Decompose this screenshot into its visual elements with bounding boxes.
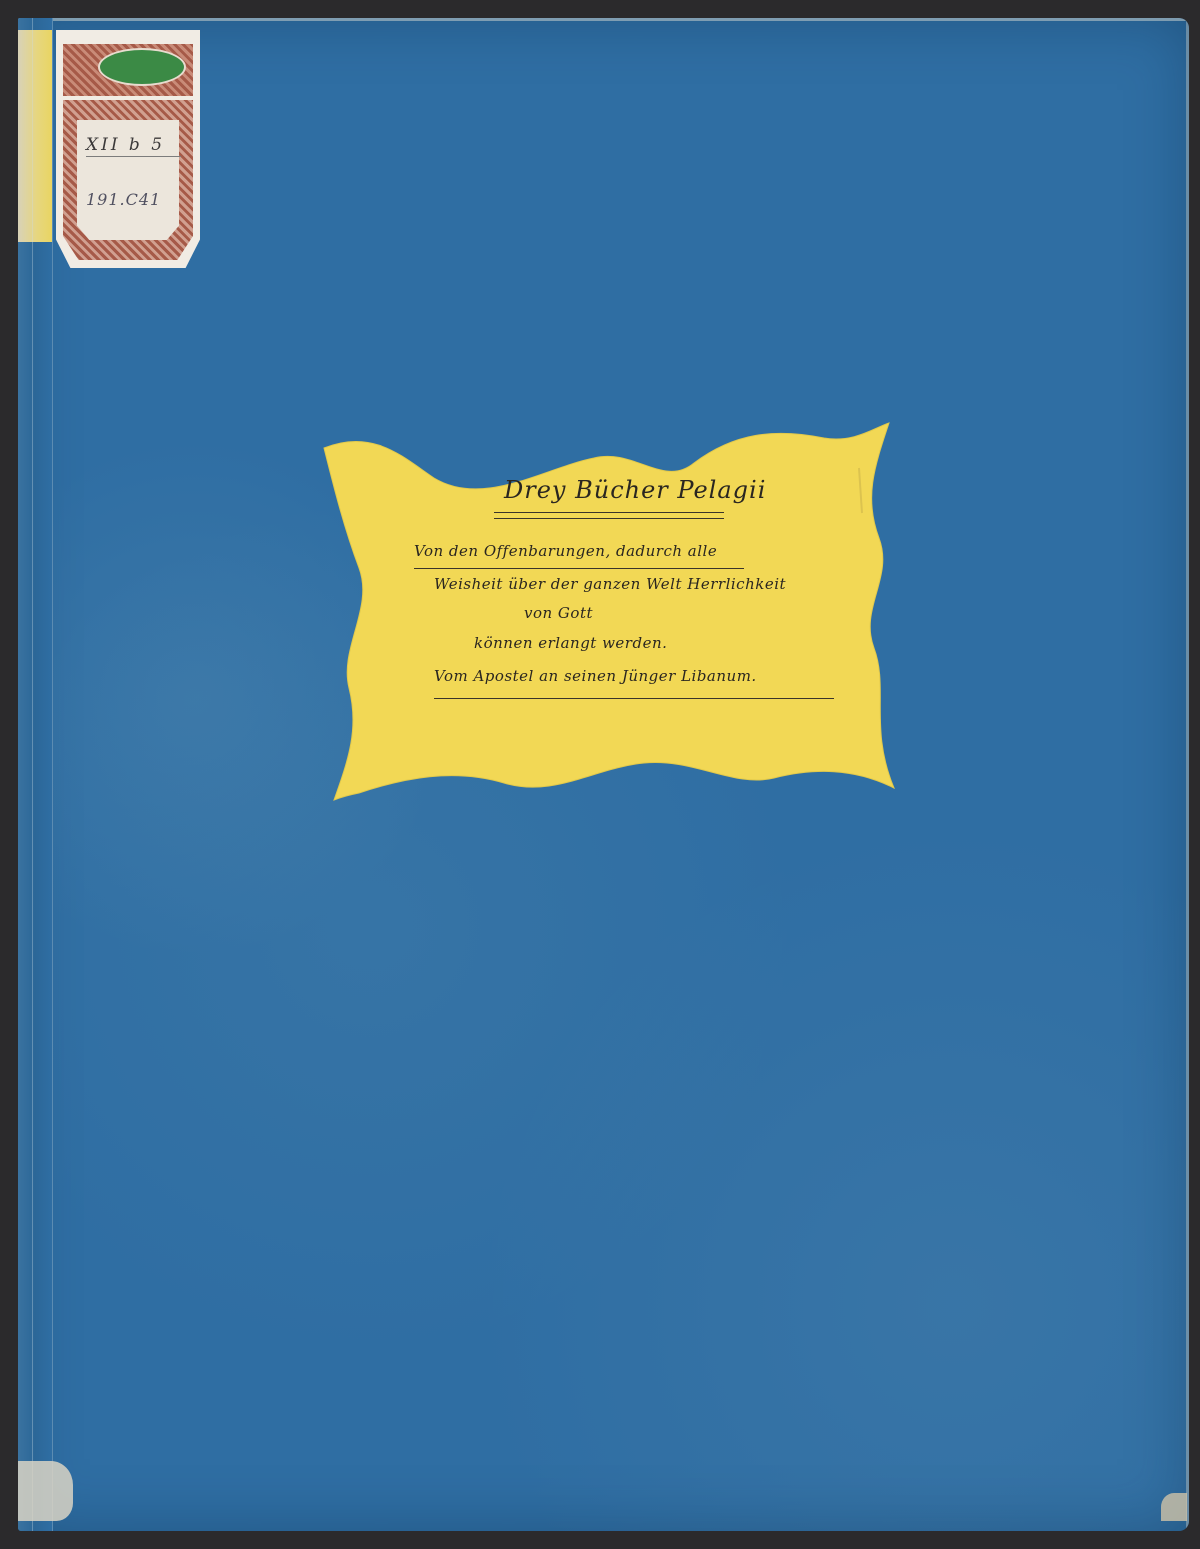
worn-corner-bottom-right [1161,1493,1187,1521]
label-green-oval [98,48,186,86]
worn-corner-bottom-left [18,1461,73,1521]
subtitle-underline [414,568,744,569]
subtitle-line-2: Weisheit über der ganzen Welt Herrlichke… [434,575,786,593]
shelfmark-text: XII b 5 [86,135,181,157]
spine-yellow-strip [18,30,52,242]
subtitle-line-3: von Gott [524,604,593,622]
title-double-underline [494,512,724,519]
closing-underline [434,698,834,699]
cover-top-edge [18,18,1189,21]
book-title: Drey Bücher Pelagii [504,476,766,504]
book-cover: XII b 5 191.C41 Drey Bücher Pelagii Von … [18,18,1189,1531]
accession-number: 191.C41 [86,190,181,209]
book-spine [18,18,53,1531]
library-shelfmark-label: XII b 5 191.C41 [56,30,200,268]
subtitle-line-5: Vom Apostel an seinen Jünger Libanum. [434,667,757,685]
spine-crease [32,18,33,1531]
title-label: Drey Bücher Pelagii Von den Offenbarunge… [314,408,904,818]
subtitle-line-1: Von den Offenbarungen, dadurch alle [414,542,717,560]
subtitle-line-4: können erlangt werden. [474,634,667,652]
cover-right-edge [1186,18,1189,1531]
handwritten-title-block: Drey Bücher Pelagii Von den Offenbarunge… [314,408,904,818]
